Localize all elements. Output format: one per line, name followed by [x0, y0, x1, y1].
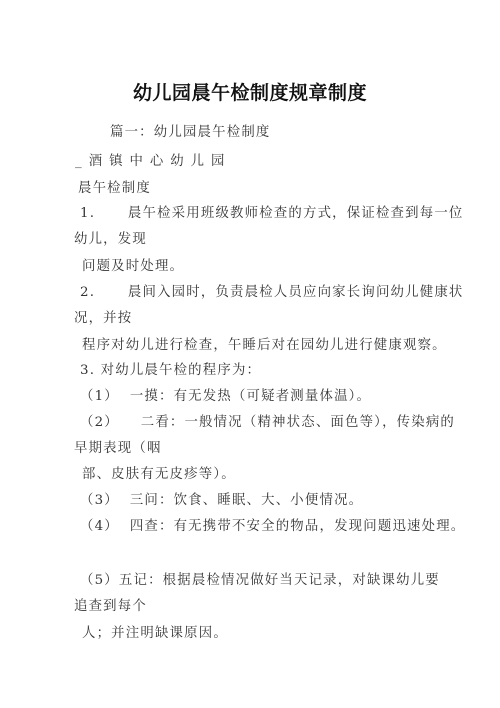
- list-item: （4） 四查：有无携带不安全的物品，发现问题迅速处理。: [80, 518, 465, 536]
- document-title: 幼儿园晨午检制度规章制度: [0, 78, 500, 105]
- paragraph-line: 部、皮肤有无皮疹等）。: [82, 466, 236, 484]
- list-item: （5）五记：根据晨检情况做好当天记录，对缺课幼儿要: [80, 572, 440, 590]
- paragraph-line: 1. 晨午检采用班级教师检查的方式，保证检查到每一位: [80, 205, 464, 223]
- paragraph-line: 问题及时处理。: [82, 258, 184, 276]
- list-item: （3） 三问：饮食、睡眠、大、小便情况。: [80, 492, 363, 510]
- list-item: （1） 一摸：有无发热（可疑者测量体温）。: [80, 388, 371, 406]
- school-name: _酒镇中心幼儿园: [75, 153, 231, 171]
- paragraph-line: 追查到每个: [74, 598, 147, 616]
- paragraph-line: 早期表现（咽: [74, 440, 162, 458]
- paragraph-line: 3. 对幼儿晨午检的程序为：: [80, 362, 261, 380]
- paragraph-line: 人；并注明缺课原因。: [82, 625, 228, 643]
- paragraph-line: 程序对幼儿进行检查，午睡后对在园幼儿进行健康观察。: [82, 337, 447, 355]
- section-heading: 篇一：幼儿园晨午检制度: [110, 124, 271, 142]
- paragraph-line: 2. 晨间入园时，负责晨检人员应向家长询问幼儿健康状: [80, 284, 464, 302]
- list-item: （2） 二看：一般情况（精神状态、面色等），传染病的: [80, 414, 455, 432]
- paragraph-line: 况，并按: [74, 310, 132, 328]
- paragraph-line: 幼儿，发现: [74, 231, 147, 249]
- subtitle: 晨午检制度: [78, 180, 151, 198]
